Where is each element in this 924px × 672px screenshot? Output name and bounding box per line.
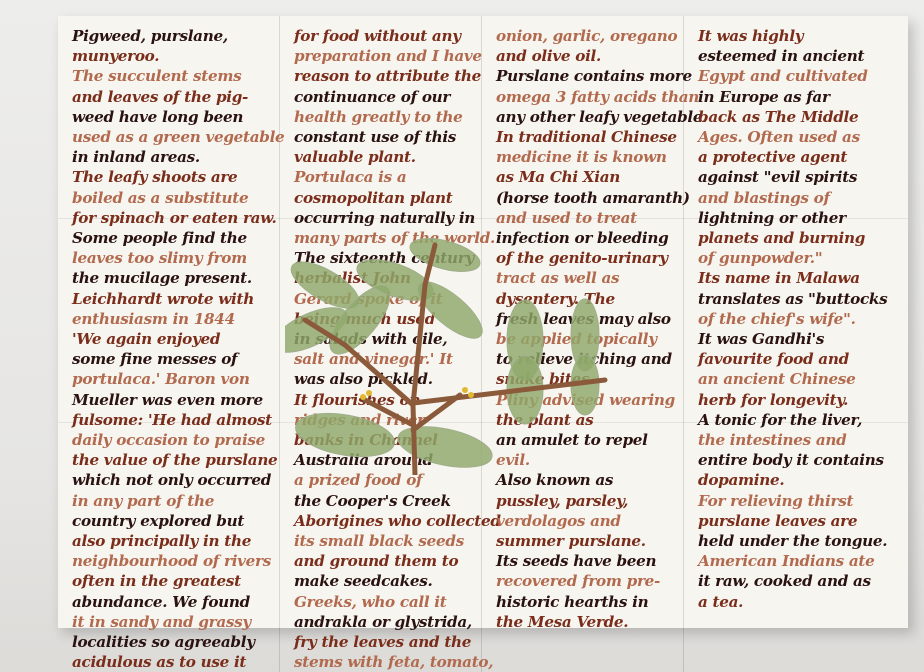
handwritten-line: the plant as xyxy=(496,410,673,430)
handwritten-line: infection or bleeding xyxy=(496,228,673,248)
handwritten-line: it in sandy and grassy xyxy=(72,612,269,632)
handwritten-line: For relieving thirst xyxy=(698,491,898,511)
handwritten-line: enthusiasm in 1844 xyxy=(72,309,269,329)
handwritten-line: health greatly to the xyxy=(294,107,471,127)
handwritten-line: continuance of our xyxy=(294,87,471,107)
handwritten-line: a prized food of xyxy=(294,470,471,490)
text-column-1: Pigweed, purslane,munyeroo. The succulen… xyxy=(58,16,280,672)
handwritten-line: Its seeds have been xyxy=(496,551,673,571)
handwritten-line: in salads with oile, xyxy=(294,329,471,349)
handwritten-line: Also known as xyxy=(496,470,673,490)
handwritten-line: occurring naturally in xyxy=(294,208,471,228)
handwritten-line: acidulous as to use it xyxy=(72,652,269,672)
handwritten-line: In traditional Chinese xyxy=(496,127,673,147)
handwritten-line: snake bites. xyxy=(496,369,673,389)
handwritten-line: often in the greatest xyxy=(72,571,269,591)
handwritten-line: Portulaca is a xyxy=(294,167,471,187)
handwritten-line: boiled as a substitute xyxy=(72,188,269,208)
handwritten-line: the mucilage present. xyxy=(72,268,269,288)
handwritten-line: tract as well as xyxy=(496,268,673,288)
handwritten-line: neighbourhood of rivers xyxy=(72,551,269,571)
handwritten-line: also principally in the xyxy=(72,531,269,551)
handwritten-line: Purslane contains more xyxy=(496,66,673,86)
text-column-2: for food without anypreparation and I ha… xyxy=(280,16,482,672)
handwritten-line: Greeks, who call it xyxy=(294,592,471,612)
handwritten-sheet: Pigweed, purslane,munyeroo. The succulen… xyxy=(58,16,908,628)
handwritten-line: medicine it is known xyxy=(496,147,673,167)
handwritten-line: Egypt and cultivated xyxy=(698,66,898,86)
handwritten-line: to relieve itching and xyxy=(496,349,673,369)
handwritten-line: of gunpowder." xyxy=(698,248,898,268)
handwritten-line: some fine messes of xyxy=(72,349,269,369)
handwritten-line: Gerard spoke of it xyxy=(294,289,471,309)
handwritten-line: back as The Middle xyxy=(698,107,898,127)
handwritten-line: its small black seeds xyxy=(294,531,471,551)
handwritten-line: portulaca.' Baron von xyxy=(72,369,269,389)
handwritten-line: dysentery. The xyxy=(496,289,673,309)
handwritten-line: be applied topically xyxy=(496,329,673,349)
handwritten-line: it raw, cooked and as xyxy=(698,571,898,591)
handwritten-line: preparation and I have xyxy=(294,46,471,66)
handwritten-line: against "evil spirits xyxy=(698,167,898,187)
handwritten-line: Some people find the xyxy=(72,228,269,248)
handwritten-line: of the genito-urinary xyxy=(496,248,673,268)
handwritten-line: entire body it contains xyxy=(698,450,898,470)
handwritten-line: pussley, parsley, xyxy=(496,491,673,511)
handwritten-line: an amulet to repel xyxy=(496,430,673,450)
handwritten-line: A tonic for the liver, xyxy=(698,410,898,430)
handwritten-line: summer purslane. xyxy=(496,531,673,551)
handwritten-line: 'We again enjoyed xyxy=(72,329,269,349)
handwritten-line: reason to attribute the xyxy=(294,66,471,86)
handwritten-line: as Ma Chi Xian xyxy=(496,167,673,187)
handwritten-line: and leaves of the pig- xyxy=(72,87,269,107)
handwritten-line: The succulent stems xyxy=(72,66,269,86)
handwritten-line: The leafy shoots are xyxy=(72,167,269,187)
handwritten-line: herbalist John xyxy=(294,268,471,288)
handwritten-line: weed have long been xyxy=(72,107,269,127)
handwritten-line: which not only occurred xyxy=(72,470,269,490)
handwritten-line: It flourishes on xyxy=(294,390,471,410)
handwritten-line: fry the leaves and the xyxy=(294,632,471,652)
handwritten-line: verdolagos and xyxy=(496,511,673,531)
handwritten-line: fulsome: 'He had almost xyxy=(72,410,269,430)
handwritten-line: It was highly xyxy=(698,26,898,46)
handwritten-line: purslane leaves are xyxy=(698,511,898,531)
handwritten-line: The sixteenth century xyxy=(294,248,471,268)
handwritten-line: (horse tooth amaranth) xyxy=(496,188,673,208)
handwritten-line: daily occasion to praise xyxy=(72,430,269,450)
handwritten-line: the value of the purslane xyxy=(72,450,269,470)
text-column-3: onion, garlic, oreganoand olive oil. Pur… xyxy=(482,16,684,672)
handwritten-line: Mueller was even more xyxy=(72,390,269,410)
handwritten-line: leaves too slimy from xyxy=(72,248,269,268)
handwritten-line: in Europe as far xyxy=(698,87,898,107)
handwritten-line: dopamine. xyxy=(698,470,898,490)
handwritten-line: was also pickled. xyxy=(294,369,471,389)
handwritten-line: fresh leaves may also xyxy=(496,309,673,329)
handwritten-line: in inland areas. xyxy=(72,147,269,167)
handwritten-line: translates as "buttocks xyxy=(698,289,898,309)
handwritten-line: historic hearths in xyxy=(496,592,673,612)
handwritten-line: and ground them to xyxy=(294,551,471,571)
handwritten-line: make seedcakes. xyxy=(294,571,471,591)
handwritten-line: and blastings of xyxy=(698,188,898,208)
handwritten-line: munyeroo. xyxy=(72,46,269,66)
handwritten-line: abundance. We found xyxy=(72,592,269,612)
handwritten-line: the Cooper's Creek xyxy=(294,491,471,511)
handwritten-line: Pliny advised wearing xyxy=(496,390,673,410)
handwritten-line: It was Gandhi's xyxy=(698,329,898,349)
handwritten-line: onion, garlic, oregano xyxy=(496,26,673,46)
handwritten-line: the Mesa Verde. xyxy=(496,612,673,632)
handwritten-line: omega 3 fatty acids than xyxy=(496,87,673,107)
handwritten-line: Aborigines who collected xyxy=(294,511,471,531)
handwritten-line: evil. xyxy=(496,450,673,470)
handwritten-line: Leichhardt wrote with xyxy=(72,289,269,309)
handwritten-line: banks in Channel xyxy=(294,430,471,450)
handwritten-line: and olive oil. xyxy=(496,46,673,66)
handwritten-line: Pigweed, purslane, xyxy=(72,26,269,46)
handwritten-line: salt and vinegar.' It xyxy=(294,349,471,369)
handwritten-line: any other leafy vegetable. xyxy=(496,107,673,127)
handwritten-line: for spinach or eaten raw. xyxy=(72,208,269,228)
handwritten-line: esteemed in ancient xyxy=(698,46,898,66)
handwritten-line: planets and burning xyxy=(698,228,898,248)
handwritten-line: many parts of the world. xyxy=(294,228,471,248)
handwritten-line: being much used xyxy=(294,309,471,329)
handwritten-line: lightning or other xyxy=(698,208,898,228)
handwritten-line: stems with feta, tomato, xyxy=(294,652,471,672)
handwritten-line: for food without any xyxy=(294,26,471,46)
handwritten-line: Australia around xyxy=(294,450,471,470)
handwritten-line: herb for longevity. xyxy=(698,390,898,410)
handwritten-line: held under the tongue. xyxy=(698,531,898,551)
handwritten-line: constant use of this xyxy=(294,127,471,147)
handwritten-line: in any part of the xyxy=(72,491,269,511)
handwritten-line: andrakla or glystrida, xyxy=(294,612,471,632)
text-column-4: It was highlyesteemed in ancientEgypt an… xyxy=(684,16,908,672)
handwritten-line: Ages. Often used as xyxy=(698,127,898,147)
handwritten-line: ridges and river xyxy=(294,410,471,430)
handwritten-line: country explored but xyxy=(72,511,269,531)
handwritten-line: of the chief's wife". xyxy=(698,309,898,329)
handwritten-line: the intestines and xyxy=(698,430,898,450)
handwritten-line: a protective agent xyxy=(698,147,898,167)
handwritten-line: used as a green vegetable xyxy=(72,127,269,147)
handwritten-line: localities so agreeably xyxy=(72,632,269,652)
handwritten-line: cosmopolitan plant xyxy=(294,188,471,208)
handwritten-line: valuable plant. xyxy=(294,147,471,167)
handwritten-line: an ancient Chinese xyxy=(698,369,898,389)
handwritten-line: American Indians ate xyxy=(698,551,898,571)
handwritten-line: favourite food and xyxy=(698,349,898,369)
handwritten-line: and used to treat xyxy=(496,208,673,228)
handwritten-line: a tea. xyxy=(698,592,898,612)
handwritten-line: recovered from pre- xyxy=(496,571,673,591)
handwritten-line: Its name in Malawa xyxy=(698,268,898,288)
